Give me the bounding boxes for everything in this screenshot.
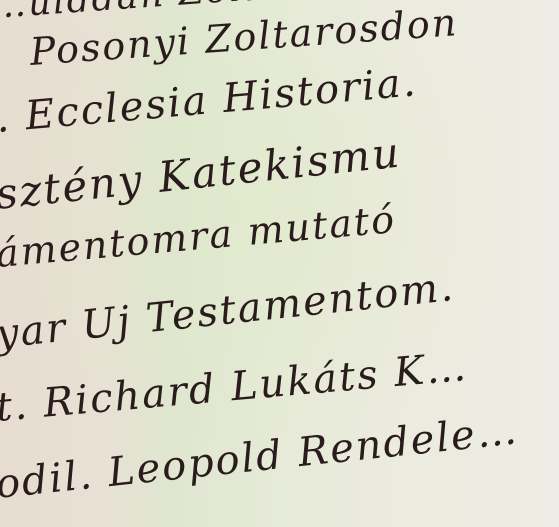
handwritten-line-7: t. Richard Lukáts K… — [0, 344, 470, 431]
handwritten-line-6: yar Uj Testamentom. — [0, 264, 457, 358]
